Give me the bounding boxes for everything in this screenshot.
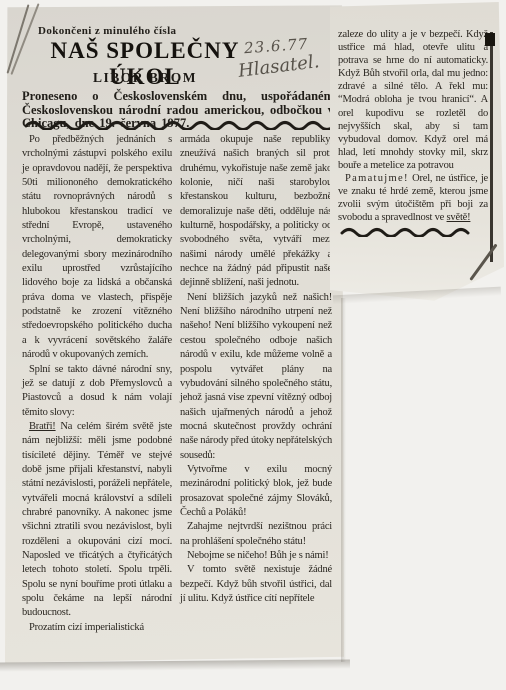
emphasized-word: Pamatujme!	[345, 173, 409, 184]
column-1: Po předběžných jednáních s vrcholnými zá…	[22, 133, 172, 635]
paragraph: Není bližších jazyků než našich! Není bl…	[180, 291, 332, 463]
paragraph-text: Na celém širém světě jste nám nejbližší:…	[22, 421, 172, 618]
paragraph: V tomto světě nexistuje žádné bezpečí. K…	[180, 563, 332, 606]
newspaper-clipping-continuation: zaleze do ulity a je v bezpečí. Když ust…	[330, 2, 504, 310]
underlined-word: světě!	[447, 212, 471, 223]
scanned-page: Dokončeni z minulého čísla NAŠ SPOLEČNY …	[0, 0, 506, 690]
wavy-divider-icon	[24, 120, 334, 130]
article-columns: Po předběžných jednáních s vrcholnými zá…	[22, 133, 332, 635]
pen-slash-mark	[469, 243, 497, 280]
rule-cap-mark	[485, 33, 495, 46]
article-end-wavy-icon	[340, 227, 480, 237]
paragraph: armáda okupuje naše republiky, zneužívá …	[180, 133, 332, 291]
paragraph: Nebojme se ničeho! Bůh je s námi!	[180, 549, 332, 563]
catchword-line: Prozatím cizí imperialistická	[22, 621, 172, 635]
paragraph: Po předběžných jednáních s vrcholnými zá…	[22, 133, 172, 363]
clipping-cut-shadow	[0, 659, 350, 673]
paragraph: Pamatujme! Orel, ne ústřice, je ve znaku…	[338, 172, 488, 224]
paragraph: Splní se takto dávné národní sny, jež se…	[22, 363, 172, 420]
column-2: armáda okupuje naše republiky, zneužívá …	[180, 133, 332, 635]
paragraph: zaleze do ulity a je v bezpečí. Když ust…	[338, 28, 488, 172]
paragraph: Zahajme nejtvrdší nezištnou práci na pro…	[180, 520, 332, 549]
kicker: Dokončeni z minulého čísla	[38, 25, 176, 37]
paragraph: Vytvořme v exilu mocný mezinárodní polit…	[180, 463, 332, 520]
paragraph: Bratři! Na celém širém světě jste nám ne…	[22, 420, 172, 621]
newspaper-clipping-main: Dokončeni z minulého čísla NAŠ SPOLEČNY …	[4, 4, 344, 664]
clipping-edge-shadow	[341, 298, 346, 662]
byline: LIBOR BROM	[60, 70, 230, 86]
column-rule	[490, 32, 493, 262]
column-3: zaleze do ulity a je v bezpečí. Když ust…	[338, 28, 488, 237]
underlined-word: Bratři!	[29, 421, 56, 432]
